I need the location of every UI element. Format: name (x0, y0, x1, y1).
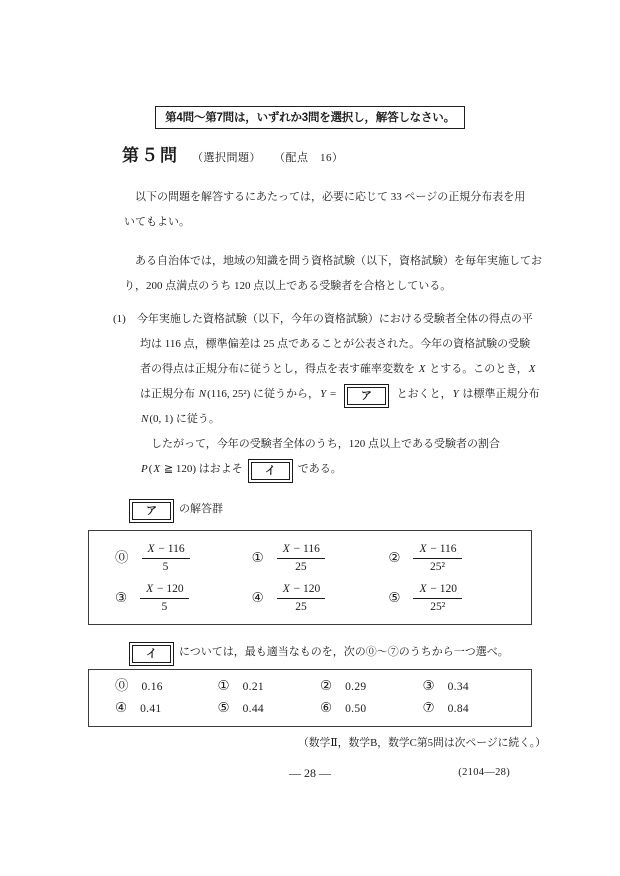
option-b-1: ① 0.21 (218, 680, 321, 694)
answer-blank-a-label: ア (132, 502, 171, 520)
option-marker: ① (252, 552, 264, 566)
q1-line-3: 者の得点は正規分布に従うとし，得点を表す確率変数を X とする。このとき，X (113, 357, 532, 382)
q1-line-2: 均は 116 点，標準偏差は 25 点であることが公表された。今年の資格試験の受… (113, 332, 532, 357)
denominator: 5 (163, 559, 169, 575)
setup-paragraph: ある自治体では，地域の知識を問う資格試験（以下，資格試験）を毎年実施してお り，… (124, 249, 532, 299)
option-a-2: ② X − 116 25² (388, 542, 525, 575)
answer-blank-a: ア (347, 387, 386, 405)
option-value: 0.41 (140, 703, 161, 715)
option-value: 0.34 (448, 681, 469, 693)
variable-x: X (152, 463, 161, 475)
variable-y: Y (319, 388, 327, 400)
numerator-rest: − 116 (291, 543, 320, 555)
setup-line-1: ある自治体では，地域の知識を問う資格試験（以下，資格試験）を毎年実施してお (124, 249, 532, 274)
option-a-5: ⑤ X − 120 25² (388, 582, 525, 615)
option-marker: ② (388, 552, 400, 566)
option-b-7: ⑦ 0.84 (423, 702, 526, 716)
option-marker: ① (218, 680, 230, 694)
problem-title: 第５問 (122, 141, 179, 166)
variable-n: N (198, 388, 207, 400)
numerator-rest: − 120 (154, 583, 184, 595)
option-b-2: ② 0.29 (320, 680, 423, 694)
option-marker: ③ (115, 592, 127, 606)
answer-group-b-instruction: については，最も適当なものを，次の⓪～⑦のうちから一つ選べ。 (179, 646, 509, 658)
intro-paragraph: 以下の問題を解答するにあたっては，必要に応じて 33 ページの正規分布表を用 い… (124, 185, 532, 235)
q1-l4-text: (116, 25²) に従うから， (207, 388, 319, 400)
option-marker: ⑦ (423, 702, 435, 716)
fraction: X − 120 25 (277, 582, 326, 615)
q1-l7-text: ≧ 120) はおよそ (161, 463, 243, 475)
denominator: 25² (430, 599, 445, 615)
option-marker: ② (320, 680, 332, 694)
option-b-5: ⑤ 0.44 (218, 702, 321, 716)
answer-group-b-label: イについては，最も適当なものを，次の⓪～⑦のうちから一つ選べ。 (124, 641, 532, 663)
option-marker: ⓪ (115, 552, 129, 566)
answer-group-a-label: アの解答群 (124, 498, 532, 520)
option-a-1: ① X − 116 25 (252, 542, 389, 575)
denominator: 25² (430, 559, 445, 575)
page-footer: — 28 — (2104—28) (0, 766, 620, 781)
answer-group-a-suffix: の解答群 (179, 503, 223, 515)
numerator-rest: − 116 (427, 543, 456, 555)
variable-x: X (145, 583, 154, 595)
intro-line-2: いてもよい。 (124, 210, 532, 235)
q1-line-6: したがって，今年の受験者全体のうち，120 点以上である受験者の割合 (113, 432, 532, 457)
option-marker: ⑤ (388, 592, 400, 606)
option-value: 0.50 (345, 703, 366, 715)
option-b-6: ⑥ 0.50 (320, 702, 423, 716)
selection-notice-box: 第4問～第7問は，いずれか3問を選択し，解答しなさい。 (155, 106, 465, 129)
option-value: 0.84 (448, 703, 469, 715)
variable-x: X (282, 543, 291, 555)
points-label: （配点 16） (274, 149, 344, 165)
intro-line-1: 以下の問題を解答するにあたっては，必要に応じて 33 ページの正規分布表を用 (124, 185, 532, 210)
q1-line-4: は正規分布 N(116, 25²) に従うから，Y = ア とおくと，Y は標準… (113, 382, 532, 407)
setup-line-2: り，200 点満点のうち 120 点以上である受験者を合格としている。 (124, 274, 532, 299)
q1-l4-text: は標準正規分布 (460, 388, 540, 400)
numerator-rest: − 120 (427, 583, 457, 595)
q1-l4-text: とおくと， (394, 388, 452, 400)
problem-type-label: （選択問題） (192, 149, 261, 165)
fraction: X − 120 5 (140, 582, 189, 615)
option-marker: ④ (252, 592, 264, 606)
option-b-0: ⓪ 0.16 (115, 680, 218, 694)
answer-options-b-box: ⓪ 0.16 ① 0.21 ② 0.29 ③ 0.34 ④ 0.41 ⑤ 0.4… (88, 669, 532, 727)
option-marker: ⓪ (115, 680, 129, 694)
answer-blank-b: イ (251, 462, 290, 480)
variable-x: X (147, 543, 156, 555)
answer-options-b-grid: ⓪ 0.16 ① 0.21 ② 0.29 ③ 0.34 ④ 0.41 ⑤ 0.4… (89, 670, 531, 726)
option-value: 0.16 (142, 681, 163, 693)
selection-notice-text: 第4問～第7問は，いずれか3問を選択し，解答しなさい。 (165, 112, 455, 124)
option-value: 0.29 (345, 681, 366, 693)
option-value: 0.21 (243, 681, 264, 693)
q1-line-7: P(X ≧ 120) はおよそイである。 (113, 457, 532, 482)
page-number: — 28 — (289, 766, 331, 780)
q1-line-1: (1) 今年実施した資格試験（以下，今年の資格試験）における受験者全体の得点の平 (113, 307, 532, 332)
q1-l3-text: 者の得点は正規分布に従うとし，得点を表す確率変数を (140, 363, 418, 375)
option-value: 0.44 (243, 703, 264, 715)
q1-l5-text: (0, 1) に従う。 (149, 413, 220, 425)
q1-l7-text: である。 (298, 463, 342, 475)
fraction: X − 116 5 (142, 542, 190, 575)
option-a-0: ⓪ X − 116 5 (115, 542, 252, 575)
variable-n: N (140, 413, 149, 425)
answer-options-a-box: ⓪ X − 116 5 ① X − 116 25 ② X − 116 25² (88, 530, 532, 625)
option-a-4: ④ X − 120 25 (252, 582, 389, 615)
variable-x: X (282, 583, 291, 595)
fraction: X − 120 25² (413, 582, 462, 615)
option-marker: ④ (115, 702, 127, 716)
answer-options-a-grid: ⓪ X − 116 5 ① X − 116 25 ② X − 116 25² (89, 531, 531, 624)
booklet-code: (2104—28) (458, 767, 510, 778)
question-1: (1) 今年実施した資格試験（以下，今年の資格試験）における受験者全体の得点の平… (113, 307, 532, 482)
q1-line-5: N(0, 1) に従う。 (113, 407, 532, 432)
variable-y: Y (452, 388, 460, 400)
option-b-3: ③ 0.34 (423, 680, 526, 694)
option-a-3: ③ X − 120 5 (115, 582, 252, 615)
denominator: 5 (162, 599, 168, 615)
equals-sign: = (327, 388, 339, 400)
fraction: X − 116 25 (277, 542, 325, 575)
option-marker: ③ (423, 680, 435, 694)
problem-header: 第５問 （選択問題） （配点 16） (122, 141, 532, 166)
exam-page: 第4問～第7問は，いずれか3問を選択し，解答しなさい。 第５問 （選択問題） （… (0, 0, 620, 876)
continue-note: （数学Ⅱ，数学B，数学C第5問は次ページに続く。） (88, 735, 546, 750)
variable-x: X (528, 363, 537, 375)
option-marker: ⑤ (218, 702, 230, 716)
numerator-rest: − 116 (156, 543, 185, 555)
q1-l4-text: は正規分布 (140, 388, 198, 400)
numerator-rest: − 120 (291, 583, 321, 595)
fraction: X − 116 25² (413, 542, 461, 575)
denominator: 25 (295, 559, 307, 575)
q1-l3-text: とする。このとき， (426, 363, 527, 375)
variable-p: P (140, 463, 149, 475)
option-marker: ⑥ (320, 702, 332, 716)
answer-blank-b-label: イ (132, 645, 171, 663)
denominator: 25 (295, 599, 307, 615)
option-b-4: ④ 0.41 (115, 702, 218, 716)
